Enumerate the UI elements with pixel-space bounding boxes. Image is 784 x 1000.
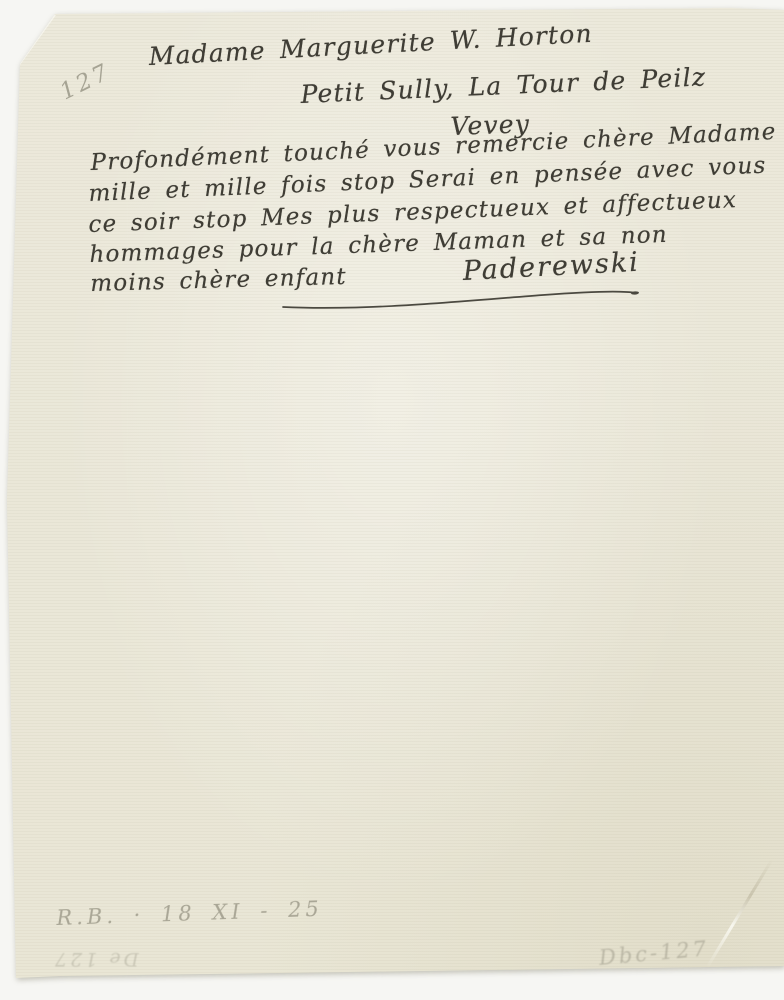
scan-background: 127 Madame Marguerite W. Horton Petit Su… [0, 0, 784, 1000]
address-line-1: Madame Marguerite W. Horton [148, 19, 593, 71]
folded-corner [20, 15, 56, 65]
paper-shadow: 127 Madame Marguerite W. Horton Petit Su… [0, 0, 784, 1000]
letter-paper: 127 Madame Marguerite W. Horton Petit Su… [0, 0, 784, 1000]
showthrough-annotation: De 127 [52, 948, 139, 970]
signature-flourish-underline [278, 286, 648, 312]
bottom-right-crease [699, 859, 774, 981]
address-line-2: Petit Sully, La Tour de Peilz [300, 62, 707, 109]
reference-code-pencil: Dbc-127 [598, 936, 710, 970]
archival-number-pencil: 127 [56, 59, 115, 106]
date-annotation-pencil: R.B. · 18 XI - 25 [56, 897, 323, 930]
